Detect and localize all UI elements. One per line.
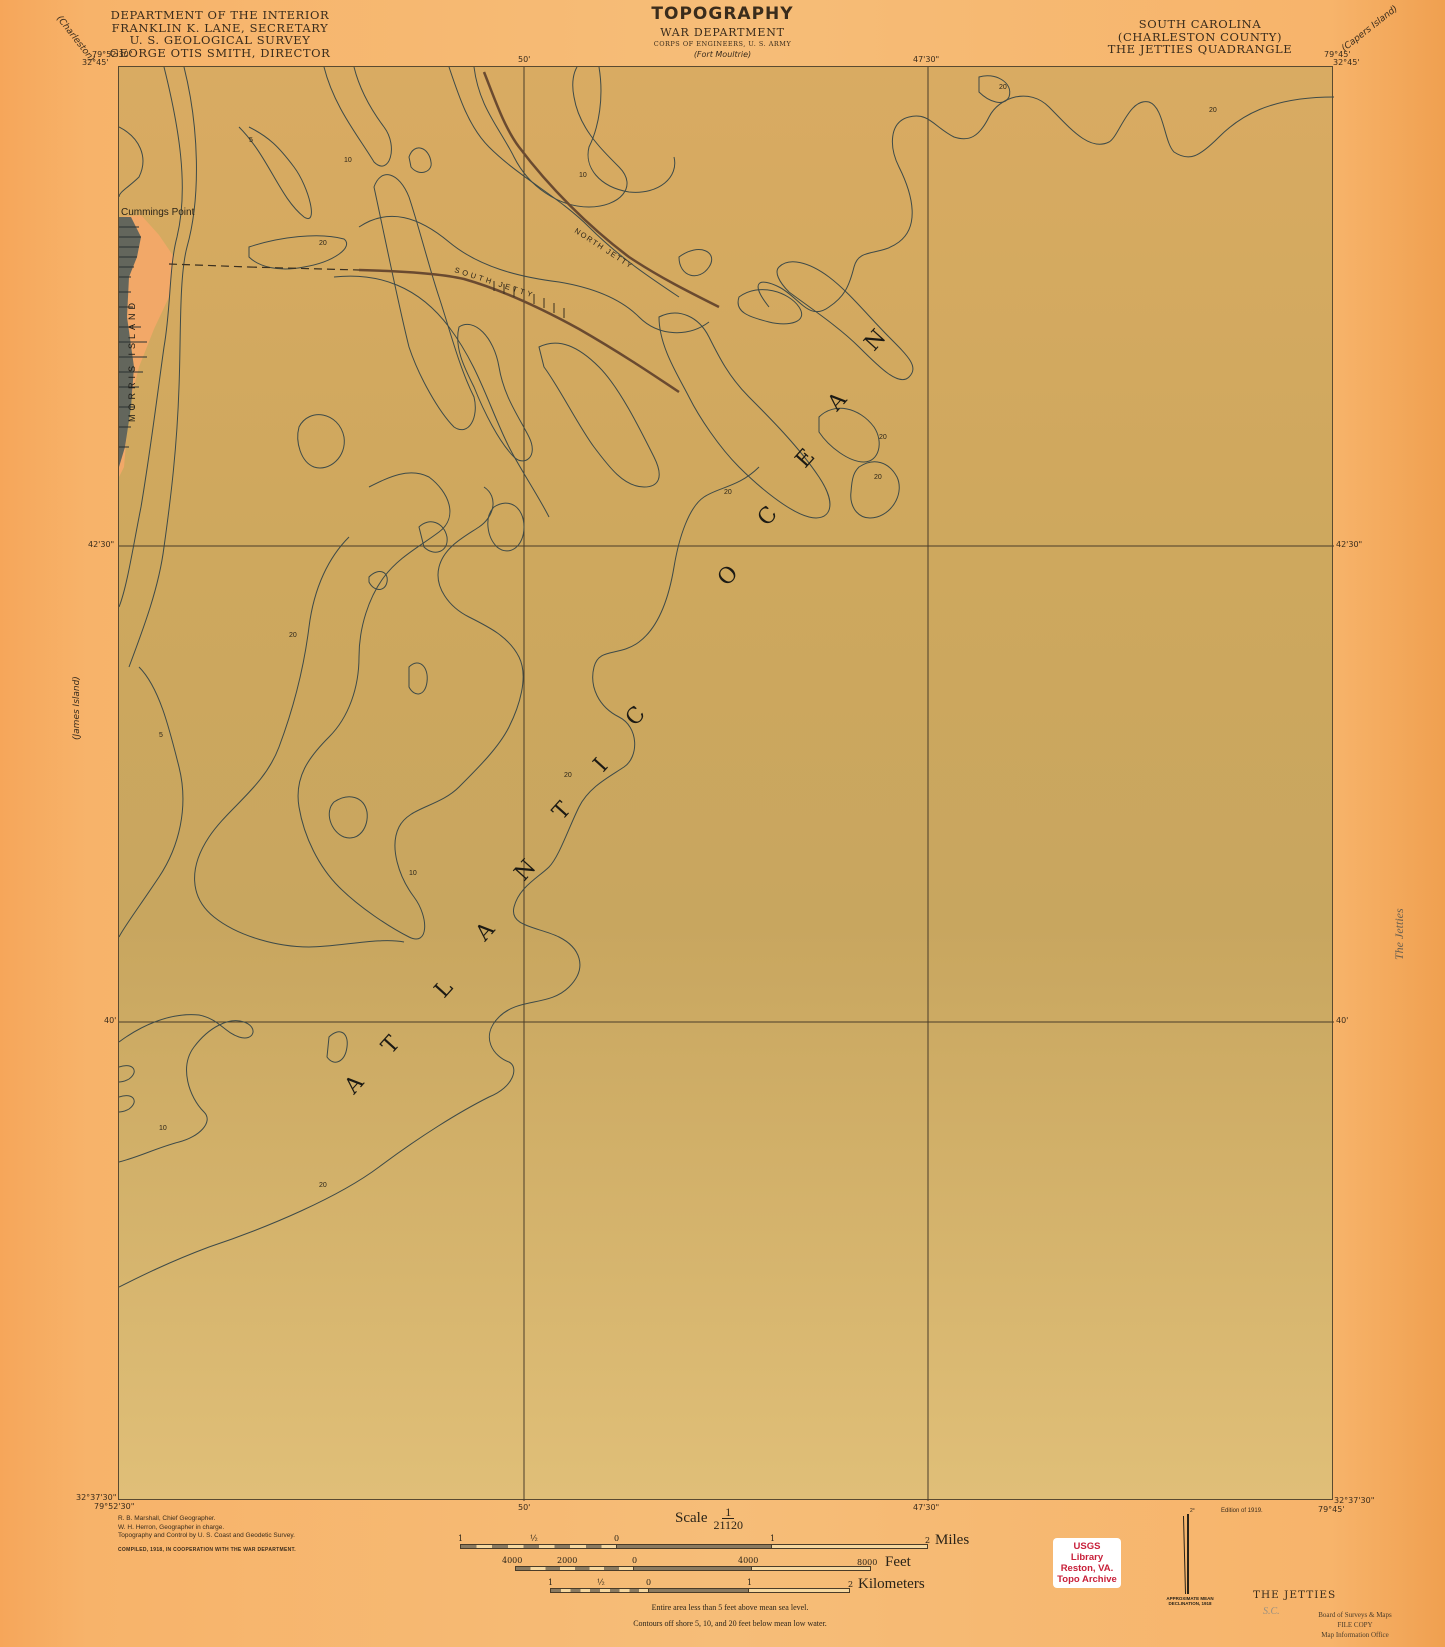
jetty-dashed-extension: [169, 264, 249, 267]
svg-text:E: E: [791, 444, 820, 473]
contour-labels: 20 20 20 10 10 5 20 20 10 10 20 20 20 20…: [159, 84, 1217, 1189]
declination-diagram: 2° APPROXIMATE MEAN DECLINATION, 1918: [1160, 1508, 1220, 1608]
scale-bar-feet: 4000 2000 0 4000 8000 Feet: [460, 1556, 1000, 1572]
coord-right-4230: 42'30": [1336, 540, 1362, 549]
declination-label: APPROXIMATE MEAN DECLINATION, 1918: [1160, 1596, 1220, 1606]
depth-contours: [119, 67, 1334, 1287]
label-cummings-point: Cummings Point: [121, 207, 195, 218]
svg-text:N: N: [860, 325, 891, 356]
graticule-lines: [119, 67, 1334, 1501]
header-director: GEORGE OTIS SMITH, DIRECTOR: [100, 47, 340, 60]
scale-unit-kilometers: Kilometers: [858, 1576, 925, 1593]
credit-chief-geographer: R. B. Marshall, Chief Geographer.: [118, 1515, 296, 1524]
coord-right-40: 40': [1336, 1016, 1348, 1025]
svg-text:N: N: [510, 855, 541, 886]
svg-text:C: C: [621, 702, 651, 731]
scale-ratio: Scale 1 21120: [675, 1506, 743, 1531]
adjacent-quad-nw: (Charleston): [54, 14, 96, 64]
credit-topography: Topography and Control by U. S. Coast an…: [118, 1532, 296, 1541]
scale-word: Scale: [675, 1510, 707, 1527]
credit-compiled: COMPILED, 1918, IN COOPERATION WITH THE …: [118, 1546, 296, 1555]
svg-text:20: 20: [879, 434, 887, 441]
svg-text:5: 5: [249, 137, 253, 144]
svg-text:20: 20: [319, 1182, 327, 1189]
scale-unit-feet: Feet: [885, 1554, 911, 1571]
svg-text:10: 10: [579, 172, 587, 179]
header-state: SOUTH CAROLINA: [1085, 18, 1315, 31]
magnetic-north-line: [1183, 1516, 1186, 1594]
scale-bar-kilometers: 1 ½ 0 1 2 Kilometers: [460, 1578, 1000, 1594]
coord-bottom-left-lat: 32°37'30": [76, 1493, 116, 1502]
svg-text:O: O: [713, 561, 744, 591]
svg-text:10: 10: [409, 870, 417, 877]
header-right-block: SOUTH CAROLINA (CHARLESTON COUNTY) THE J…: [1085, 18, 1315, 56]
edition-label: Edition of 1919.: [1221, 1508, 1263, 1514]
north-jetty-line: [484, 72, 719, 307]
header-quadrangle: THE JETTIES QUADRANGLE: [1085, 43, 1315, 56]
svg-text:A: A: [822, 387, 853, 417]
coord-bottom-right-lon: 79°45': [1318, 1505, 1345, 1514]
svg-text:A: A: [339, 1070, 370, 1100]
usgs-library-stamp: USGS Library Reston, VA. Topo Archive: [1053, 1538, 1121, 1588]
svg-text:10: 10: [159, 1125, 167, 1132]
scale-unit-miles: Miles: [935, 1532, 969, 1549]
map-frame[interactable]: Cummings Point MORRIS ISLAND NORTH JETTY…: [118, 66, 1333, 1500]
note-contours: Contours off shore 5, 10, and 20 feet be…: [460, 1619, 1000, 1628]
label-morris-island: MORRIS ISLAND: [127, 299, 137, 422]
true-north-line: [1187, 1514, 1189, 1594]
credits-block: R. B. Marshall, Chief Geographer. W. H. …: [118, 1515, 296, 1554]
scale-denominator: 21120: [713, 1519, 743, 1531]
svg-text:T: T: [377, 1031, 406, 1059]
coord-left-4230: 42'30": [88, 540, 114, 549]
coord-bottom-50: 50': [518, 1503, 530, 1512]
svg-text:20: 20: [874, 474, 882, 481]
handwritten-state: S.C.: [1263, 1606, 1280, 1617]
coord-top-4730: 47'30": [913, 55, 939, 64]
coord-left-40: 40': [104, 1016, 116, 1025]
label-north-jetty: NORTH JETTY: [573, 226, 635, 271]
jetties: [169, 72, 719, 392]
scale-bar-miles: 1 ½ 0 1 2 Miles: [460, 1534, 1000, 1550]
adjacent-quad-west: (James Island): [72, 676, 82, 740]
svg-text:20: 20: [724, 489, 732, 496]
header-center-block: TOPOGRAPHY WAR DEPARTMENT CORPS OF ENGIN…: [560, 4, 885, 59]
adjacent-quad-north: (Fort Moultrie): [560, 50, 885, 59]
header-dept: DEPARTMENT OF THE INTERIOR: [100, 9, 340, 22]
handwritten-side-note: The Jetties: [1392, 908, 1407, 960]
map-title: TOPOGRAPHY: [560, 4, 885, 24]
svg-text:20: 20: [564, 772, 572, 779]
svg-text:20: 20: [999, 84, 1007, 91]
svg-text:20: 20: [1209, 107, 1217, 114]
svg-text:I: I: [589, 754, 613, 777]
file-copy-stamp: Board of Surveys & Maps FILE COPY Map In…: [1305, 1610, 1405, 1640]
svg-text:20: 20: [319, 240, 327, 247]
header-war-dept: WAR DEPARTMENT: [560, 26, 885, 39]
svg-text:20: 20: [289, 632, 297, 639]
svg-text:L: L: [430, 975, 459, 1003]
header-survey: U. S. GEOLOGICAL SURVEY: [100, 34, 340, 47]
adjacent-quad-ne: (Capers Island): [1340, 4, 1400, 54]
header-corps: CORPS OF ENGINEERS, U. S. ARMY: [560, 40, 885, 48]
header-left-block: DEPARTMENT OF THE INTERIOR FRANKLIN K. L…: [100, 9, 340, 59]
svg-text:5: 5: [159, 732, 163, 739]
coord-top-right-lat: 32°45': [1333, 58, 1360, 67]
credit-geographer-in-charge: W. H. Herron, Geographer in charge.: [118, 1524, 296, 1533]
svg-text:C: C: [753, 502, 783, 531]
coord-bottom-right-lat: 32°37'30": [1334, 1496, 1374, 1505]
coord-bottom-left-lon: 79°52'30": [94, 1502, 134, 1511]
footer-quad-name: THE JETTIES: [1253, 1589, 1336, 1601]
map-canvas: Cummings Point MORRIS ISLAND NORTH JETTY…: [119, 67, 1334, 1501]
declination-value: 2°: [1190, 1508, 1195, 1514]
coord-bottom-4730: 47'30": [913, 1503, 939, 1512]
label-atlantic-ocean: A T L A N T I C O C E A N: [339, 325, 891, 1100]
scale-fraction: 1 21120: [713, 1506, 743, 1531]
coord-top-left-lat: 32°45': [82, 58, 109, 67]
svg-text:10: 10: [344, 157, 352, 164]
svg-text:A: A: [470, 917, 501, 947]
coord-top-50: 50': [518, 55, 530, 64]
note-elevation: Entire area less than 5 feet above mean …: [460, 1603, 1000, 1612]
